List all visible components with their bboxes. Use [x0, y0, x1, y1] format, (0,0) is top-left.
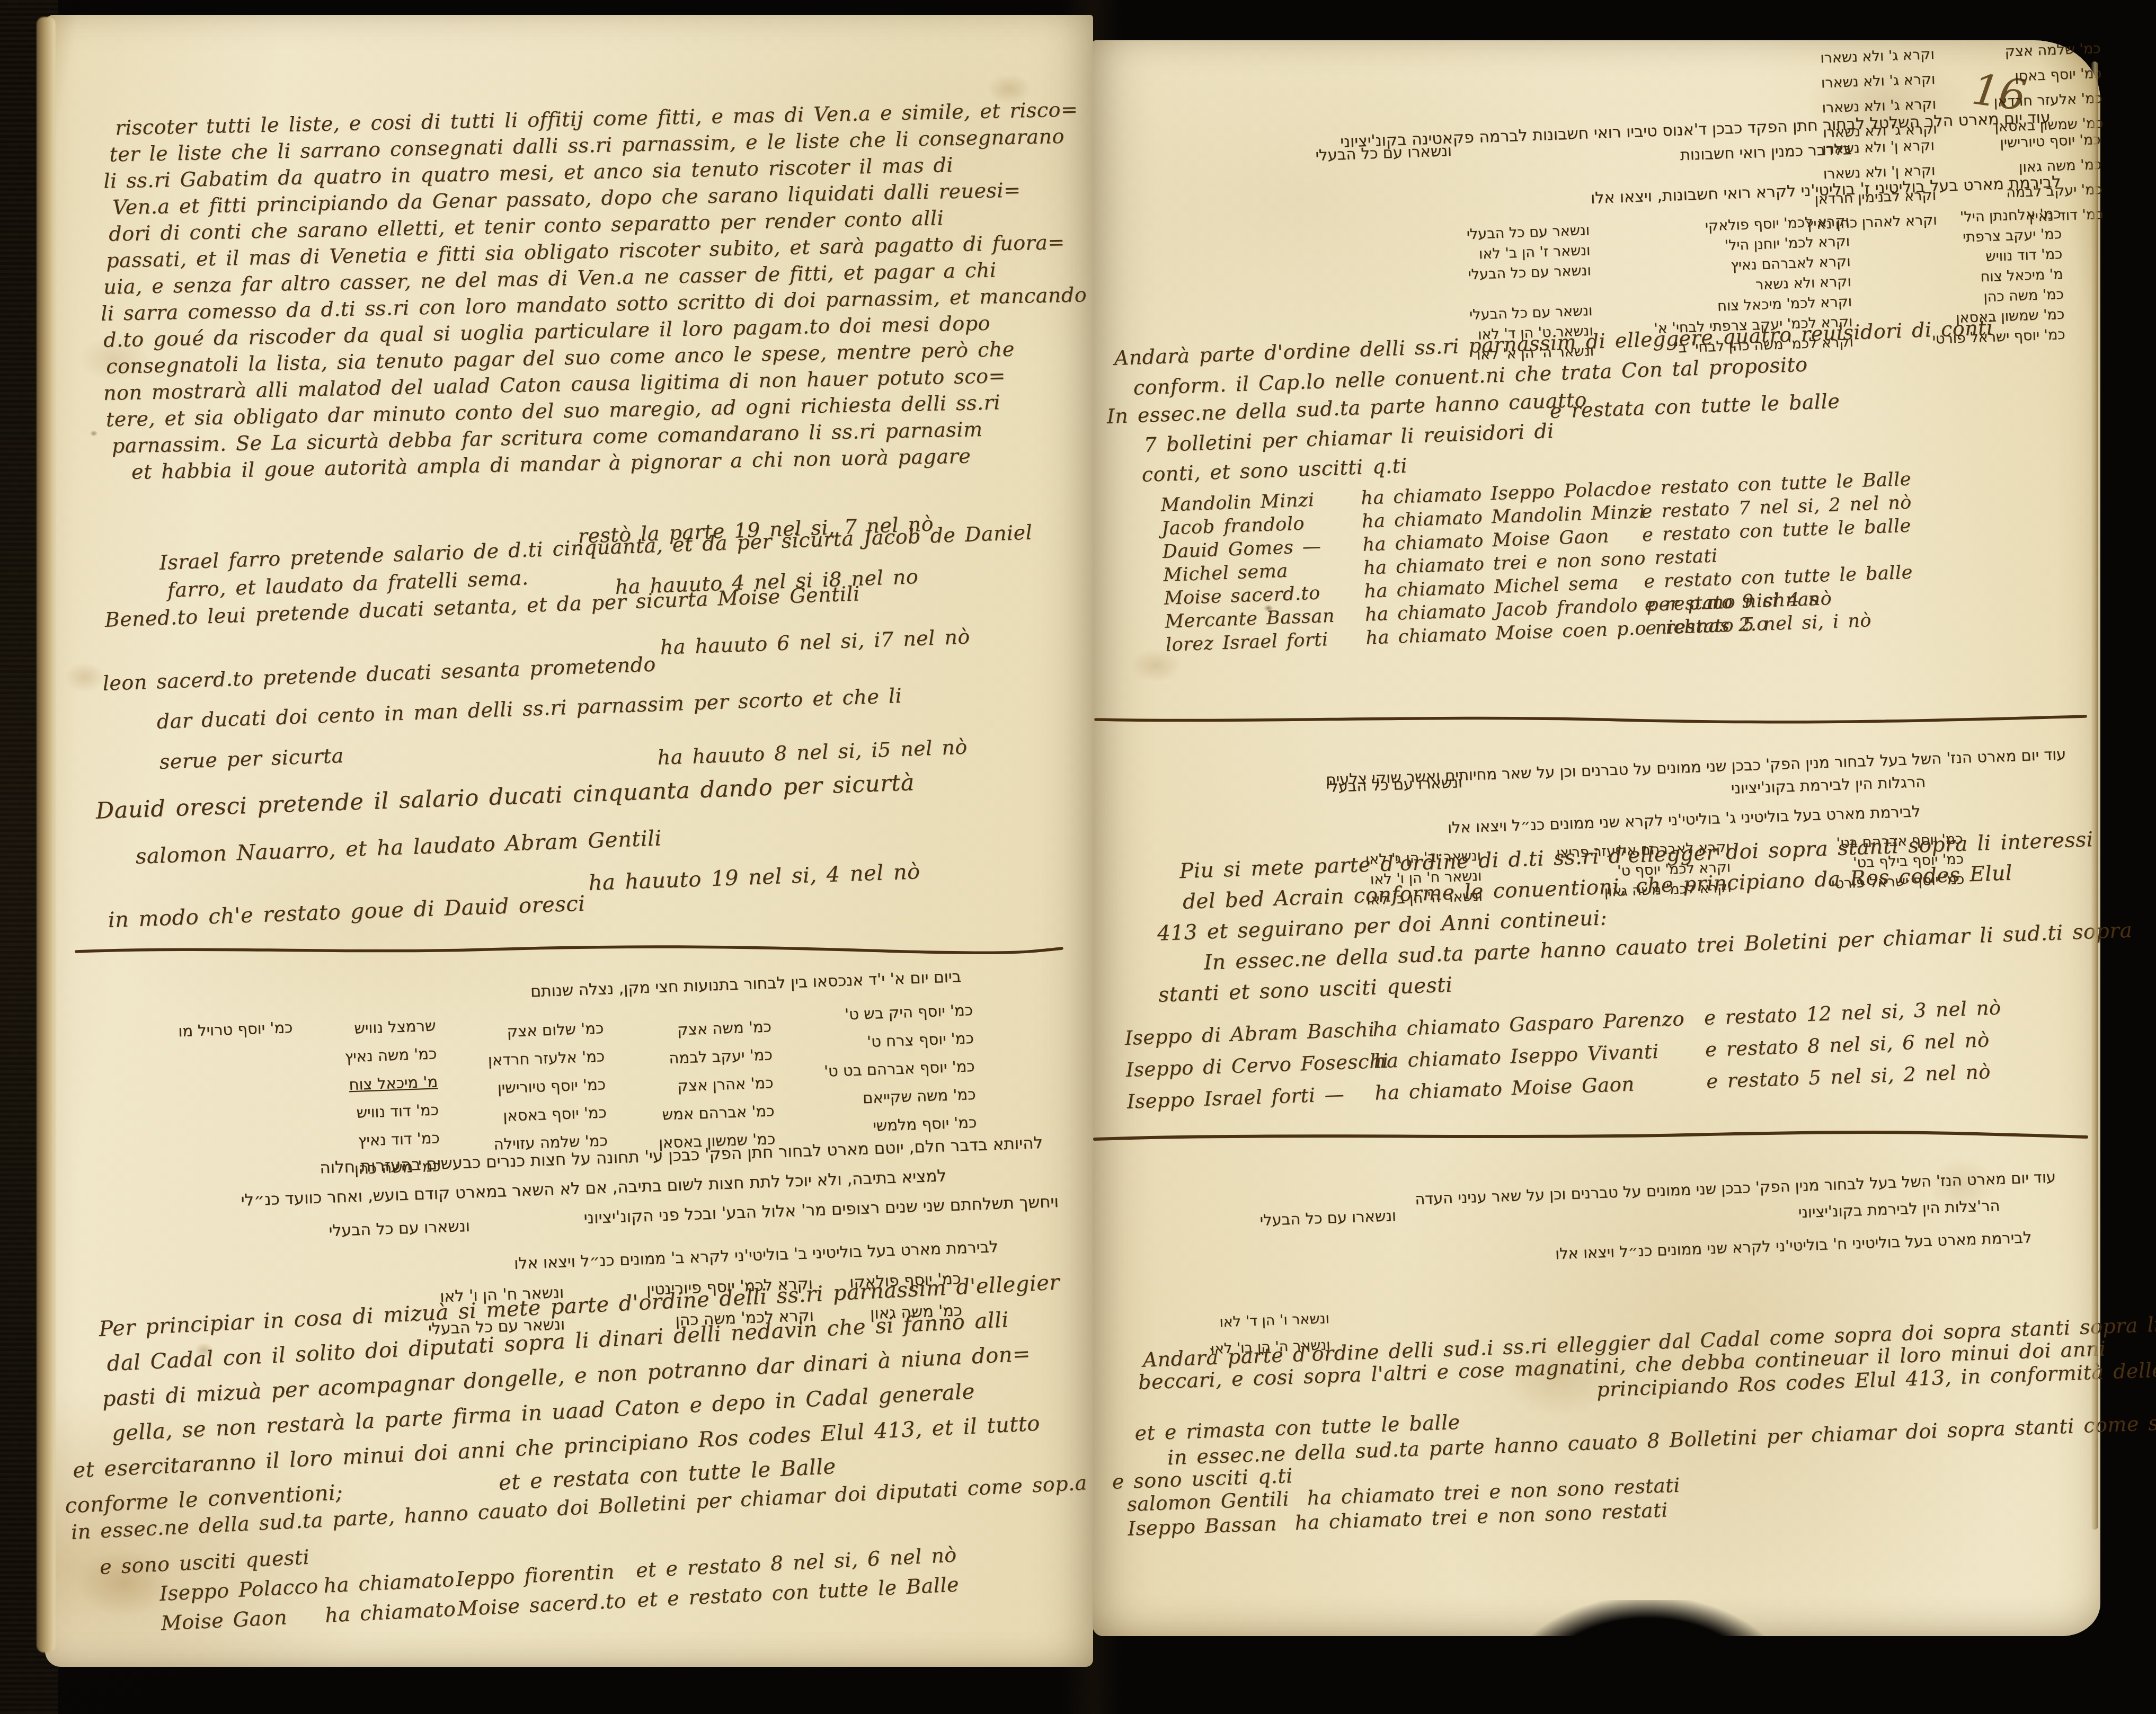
- hebrew-elector-name: כמ' יעקב לבמה: [1943, 181, 2102, 203]
- petition-david-oresci-line2: salomon Nauarro, et ha laudato Abram Gen…: [135, 826, 662, 869]
- page-tear: [1505, 1600, 1791, 1701]
- hebrew-elector-name: כמ' דוד נאיץ: [1944, 206, 2104, 228]
- petition-david-oresci-result: ha hauuto 19 nel si, 4 nel nò: [588, 859, 920, 895]
- ha-chiamato-label: ha chiamato: [1372, 1014, 1506, 1050]
- petition-leon-sacerdote-result: ha hauuto 8 nel si, i5 nel nò: [657, 735, 968, 769]
- petition-leon-sacerdote-line1: leon sacerd.to pretende ducati sesanta p…: [102, 653, 656, 695]
- hebrew-heading-line: הרגלות הין לבירמת בקונ'יציוני: [1731, 772, 1927, 797]
- hebrew-ballot-heading: לבירמת מארט בעל בוליטיני ח' בוליטי'ני לק…: [1555, 1228, 2032, 1263]
- manuscript-photo: riscoter tutti le liste, e cosi di tutti…: [0, 0, 2156, 1714]
- hebrew-vote-result: ונשאר ו' הן ד' לאו: [1209, 1306, 1330, 1336]
- balle-note: e restata con tutte le balle: [1549, 389, 1840, 423]
- hebrew-ballot-heading: לבירמת מארט בעל בוליטיני ג' בוליטי'ני לק…: [1448, 802, 1921, 837]
- hebrew-heading-line: הר'צלות הין לבירמת בקונ'יציוני: [1798, 1196, 2000, 1221]
- hebrew-called-note: וקרא ג' ולא נשארו: [1786, 46, 1935, 68]
- ink-rule: [1093, 1127, 2089, 1143]
- hebrew-name: כמ' יעקב לבמה: [655, 1041, 773, 1073]
- hebrew-name: כמ' אהרן אצק: [656, 1069, 774, 1101]
- hebrew-elector-name: כמ' שלמה אצק: [1941, 40, 2101, 62]
- hebrew-called-note: וקרא לבנימין חרדאן: [1767, 187, 1937, 209]
- petition-david-oresci-line1: Dauid oresci pretende il salario ducati …: [95, 769, 915, 824]
- latin-paragraph-riscoter: riscoter tutti le liste, e cosi di tutti…: [125, 97, 1032, 485]
- hebrew-list-heading: ביום יום א' י'ד אנכסאו בין לבחור בתנועות…: [530, 967, 961, 1001]
- right-page: 16 עוד יום מארט הלר השלטל לבחור חתן הפקד…: [1093, 40, 2100, 1636]
- hebrew-called-note: וקרא ן' ולא נשארו: [1765, 162, 1936, 184]
- petition-benedetto-levi-result: ha hauuto 6 nel si, i7 nel nò: [660, 625, 970, 659]
- latin-paragraph-piu-si-mete: Piu si mete parte d'ordine di d.ti ss.ri…: [1154, 823, 2134, 1011]
- hebrew-elector-name: כמ' יוסף באסן: [1942, 65, 2102, 87]
- hebrew-called-note: וקרא ג' ולא נשארו: [1788, 96, 1937, 118]
- hebrew-name: כמ' שלום אצק: [486, 1014, 604, 1046]
- usciti-line: e sono usciti questi: [99, 1546, 310, 1579]
- ink-rule: [74, 943, 1065, 956]
- hebrew-elector-name: כמ' משה גאון: [1942, 156, 2102, 178]
- ink-rule: [1093, 712, 2089, 726]
- petition-leon-sacerdote-line3: serue per sicurta: [159, 744, 344, 774]
- petition-leon-sacerdote-line2: dar ducati doi cento in man delli ss.ri …: [156, 684, 902, 733]
- hebrew-name: מ' מיכאל צוח: [345, 1068, 438, 1099]
- hebrew-name: שרמצל נוויש: [343, 1011, 437, 1043]
- hebrew-result-note: ונשארו עם כל הבעלי: [1259, 1206, 1396, 1229]
- revisor-vote-rows: Mandolin Minzi ha chiamato Iseppo Polacd…: [1160, 465, 2017, 658]
- ha-chiamato-label: ha chiamato: [324, 1597, 453, 1633]
- hebrew-ballot-heading: לבירמת מארט בעל בוליטיני ב' בוליטי'ני לק…: [513, 1238, 998, 1273]
- hebrew-name: כמ' משה נאיץ: [344, 1040, 438, 1071]
- hebrew-name: כמ' יוסף טיורישין: [489, 1070, 606, 1103]
- called-name: Moise Gaon: [1511, 1070, 1703, 1109]
- elector-name: Iseppo Bassan: [1128, 1512, 1277, 1542]
- soprastanti-vote-rows: Iseppo di Abram Baschi ha chiamato Gaspa…: [1124, 994, 2046, 1122]
- left-page: riscoter tutti le liste, e cosi di tutti…: [45, 15, 1093, 1667]
- ha-chiamato-label: ha chiamato: [1373, 1045, 1507, 1082]
- petition-conclusion-line: in modo ch'e restato goue di Dauid oresc…: [108, 892, 585, 933]
- hebrew-called-note: וקרא ג' ולא נשארו: [1787, 71, 1936, 93]
- latin-resolution-line: 7 bolletini per chiamar li reuisidori di: [1143, 419, 1554, 457]
- ha-chiamato-label: ha chiamato: [1374, 1077, 1508, 1114]
- hebrew-name: כמ' אברהם אמש: [657, 1097, 775, 1129]
- hebrew-name: כמ' יוסף טרויל מו: [178, 1014, 293, 1046]
- usciti-line: conti, et sono uscitti q.ti: [1141, 454, 1408, 486]
- hebrew-name: כמ' אלעזר חרדאן: [487, 1042, 605, 1074]
- hebrew-elector-name: כמ' אלעזר חרדאן: [1943, 90, 2102, 112]
- hebrew-name: כמ' משה אצק: [654, 1013, 772, 1045]
- hebrew-name: כמ' יוסף באסאן: [490, 1098, 607, 1131]
- hebrew-name: כמ' דוד נוויש: [346, 1096, 439, 1127]
